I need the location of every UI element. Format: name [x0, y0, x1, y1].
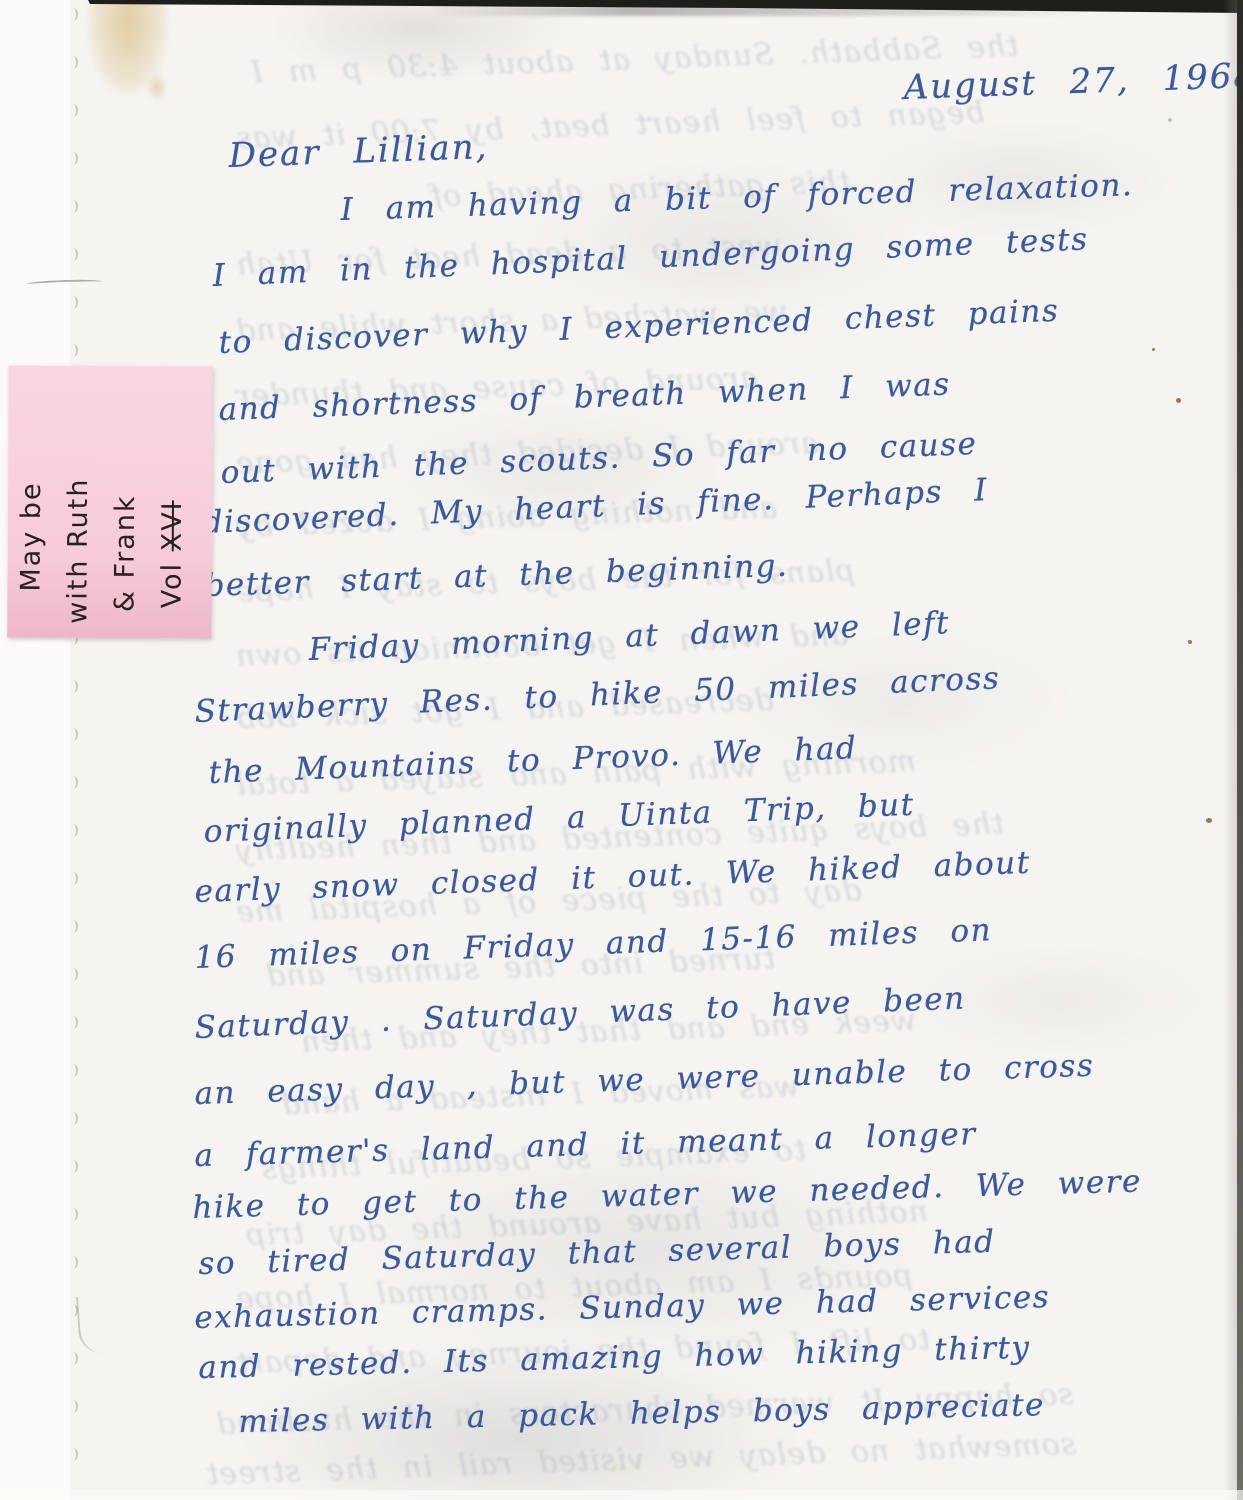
perforation-mark — [68, 296, 78, 309]
perforation-mark — [68, 1112, 78, 1125]
sticky-note-line-text: & Frank — [109, 494, 141, 612]
perforation-mark — [68, 200, 78, 213]
sticky-note-line: May be — [7, 365, 55, 637]
sticky-note-struck-text: XVI — [157, 500, 188, 551]
paper-speck — [1188, 640, 1192, 644]
perforation-mark — [68, 1208, 78, 1221]
paper-speck — [1152, 348, 1155, 351]
perforation-mark — [68, 1352, 78, 1365]
perforation-mark — [68, 56, 78, 69]
sticky-note-line: with Ruth — [54, 366, 102, 638]
sticky-note-line: Vol XVI — [148, 366, 196, 638]
perforation-mark — [68, 152, 78, 165]
perforation-mark — [68, 104, 78, 117]
paper-crease-small — [76, 1295, 104, 1355]
perforation-mark — [68, 728, 78, 741]
perforation-mark — [68, 824, 78, 837]
perforation-mark — [68, 872, 78, 885]
sticky-note-line-text: May be — [16, 481, 48, 591]
perforation-mark — [68, 344, 78, 357]
perforation-mark — [68, 1160, 78, 1173]
perforation-mark — [68, 1448, 78, 1461]
page-edge-shading — [1223, 0, 1237, 1500]
letter-salutation: Dear Lillian, — [228, 127, 489, 176]
perforation-mark — [68, 1400, 78, 1413]
scan-edge-bottom — [0, 1490, 1243, 1500]
perforation-mark — [68, 680, 78, 693]
perforation-mark — [68, 1016, 78, 1029]
perforation-mark — [68, 8, 78, 21]
perforation-mark — [68, 1064, 78, 1077]
sticky-note-line-text: Vol — [156, 551, 187, 608]
perforation-mark — [68, 968, 78, 981]
paper-stain-small — [146, 72, 168, 102]
sticky-note-text: May bewith Ruth& FrankVol XVI — [7, 365, 212, 638]
sticky-note-line-text: with Ruth — [62, 478, 94, 624]
perforation-mark — [68, 920, 78, 933]
perforation-mark — [68, 248, 78, 261]
paper-speck — [1206, 818, 1212, 823]
sticky-note-line: & Frank — [101, 366, 149, 638]
paper-speck — [1168, 118, 1172, 122]
sticky-note: May bewith Ruth& FrankVol XVI — [7, 365, 212, 638]
scan-edge-right — [1237, 0, 1243, 1500]
letter-page: the Sabbath. Sunday at about 4:30 p m Ib… — [0, 0, 1243, 1500]
perforation-mark — [68, 1256, 78, 1269]
paper-speck — [1176, 398, 1181, 403]
perforation-mark — [68, 776, 78, 789]
torn-edge-strip — [0, 0, 70, 1500]
